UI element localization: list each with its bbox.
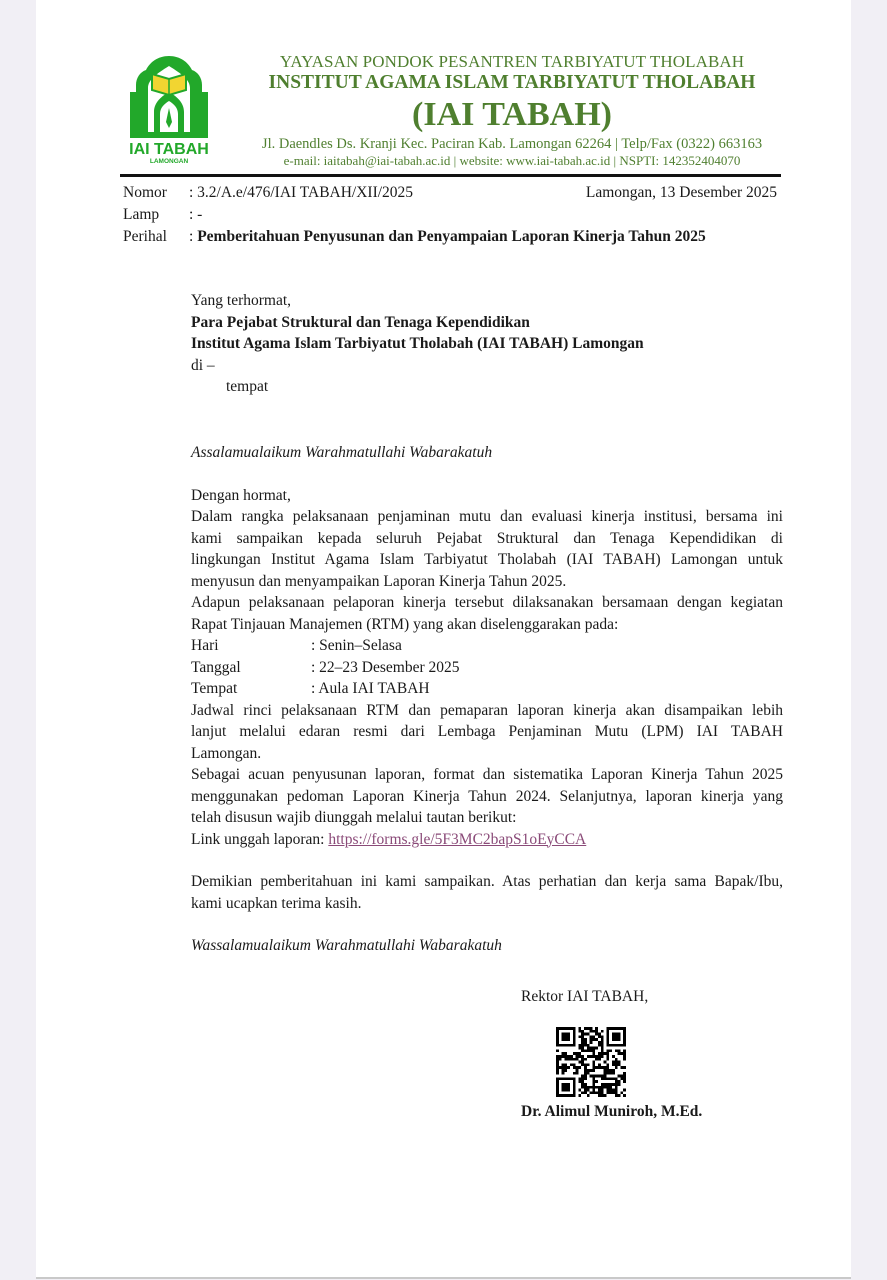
schedule-row-tempat: Tempat: Aula IAI TABAH [191, 678, 783, 700]
institution-contact: e-mail: iaitabah@iai-tabah.ac.id | websi… [238, 153, 786, 169]
recipient-block: Yang terhormat, Para Pejabat Struktural … [191, 290, 783, 398]
svg-text:LAMONGAN: LAMONGAN [150, 158, 189, 164]
schedule-row-hari: Hari: Senin–Selasa [191, 635, 783, 657]
lamp-label: Lamp [123, 204, 189, 225]
schedule-label: Hari [191, 635, 311, 657]
para4-line: menggunakan pedoman Laporan Kinerja Tahu… [191, 786, 783, 808]
perihal-label: Perihal [123, 226, 189, 247]
para1-line: Dalam rangka pelaksanaan penjaminan mutu… [191, 506, 783, 528]
para4-line: Sebagai acuan penyusunan laporan, format… [191, 764, 783, 786]
letterhead-divider [120, 174, 781, 177]
schedule-value: : Senin–Selasa [311, 635, 402, 657]
opening-greeting: Assalamualaikum Warahmatullahi Wabarakat… [191, 442, 783, 464]
para4-line: telah disusun wajib diunggah melalui tau… [191, 807, 783, 829]
signature-title: Rektor IAI TABAH, [521, 986, 648, 1007]
para2-line: Rapat Tinjauan Manajemen (RTM) yang akan… [191, 614, 783, 636]
para1-line: lingkungan Institut Agama Islam Tarbiyat… [191, 549, 783, 571]
closing-line: kami ucapkan terima kasih. [191, 893, 783, 915]
perihal-colon: : [189, 228, 197, 245]
institution-name: INSTITUT AGAMA ISLAM TARBIYATUT THOLABAH [238, 72, 786, 94]
recipient-line1: Para Pejabat Struktural dan Tenaga Kepen… [191, 312, 783, 334]
para3-line: lanjut melalui edaran resmi dari Lembaga… [191, 721, 783, 743]
foundation-name: YAYASAN PONDOK PESANTREN TARBIYATUT THOL… [238, 52, 786, 72]
nomor-label: Nomor [123, 182, 189, 203]
para1-line: menyusun dan menyampaikan Laporan Kinerj… [191, 571, 783, 593]
closing-line: Demikian pemberitahuan ini kami sampaika… [191, 871, 783, 893]
meta-nomor: Nomor: 3.2/A.e/476/IAI TABAH/XII/2025 [123, 182, 413, 203]
upload-link-label: Link unggah laporan: [191, 831, 328, 848]
recipient-di: di – [191, 355, 783, 377]
closing-greeting: Wassalamualaikum Warahmatullahi Wabaraka… [191, 935, 783, 957]
para3-line: Lamongan. [191, 743, 783, 765]
upload-link[interactable]: https://forms.gle/5F3MC2bapS1oEyCCA [328, 831, 586, 848]
recipient-tempat: tempat [191, 376, 783, 398]
schedule-label: Tanggal [191, 657, 311, 679]
lamp-value: : - [189, 206, 202, 223]
schedule-value: : Aula IAI TABAH [311, 678, 430, 700]
institution-short-name: (IAI TABAH) [238, 96, 786, 134]
recipient-line2: Institut Agama Islam Tarbiyatut Tholabah… [191, 333, 783, 355]
institution-address: Jl. Daendles Ds. Kranji Kec. Paciran Kab… [238, 136, 786, 153]
place-date: Lamongan, 13 Desember 2025 [586, 182, 777, 203]
schedule-row-tanggal: Tanggal: 22–23 Desember 2025 [191, 657, 783, 679]
para1-line: kami sampaikan kepada seluruh Pejabat St… [191, 528, 783, 550]
letterhead: YAYASAN PONDOK PESANTREN TARBIYATUT THOL… [238, 52, 786, 169]
recipient-salutation: Yang terhormat, [191, 290, 783, 312]
para2-line: Adapun pelaksanaan pelaporan kinerja ter… [191, 592, 783, 614]
svg-text:IAI TABAH: IAI TABAH [129, 141, 209, 158]
para3-line: Jadwal rinci pelaksanaan RTM dan pemapar… [191, 700, 783, 722]
perihal-value: Pemberitahuan Penyusunan dan Penyampaian… [197, 228, 706, 245]
iai-tabah-logo-icon: IAI TABAH LAMONGAN [128, 52, 210, 164]
schedule-label: Tempat [191, 678, 311, 700]
signatory-name: Dr. Alimul Muniroh, M.Ed. [521, 1101, 702, 1122]
meta-lamp: Lamp: - [123, 204, 202, 225]
dengan-hormat: Dengan hormat, [191, 485, 783, 507]
qr-code-icon [556, 1027, 626, 1097]
upload-link-line: Link unggah laporan: https://forms.gle/5… [191, 829, 783, 851]
schedule-value: : 22–23 Desember 2025 [311, 657, 460, 679]
letter-body: Assalamualaikum Warahmatullahi Wabarakat… [191, 442, 783, 957]
nomor-value: : 3.2/A.e/476/IAI TABAH/XII/2025 [189, 184, 413, 201]
meta-perihal: Perihal: Pemberitahuan Penyusunan dan Pe… [123, 226, 706, 247]
